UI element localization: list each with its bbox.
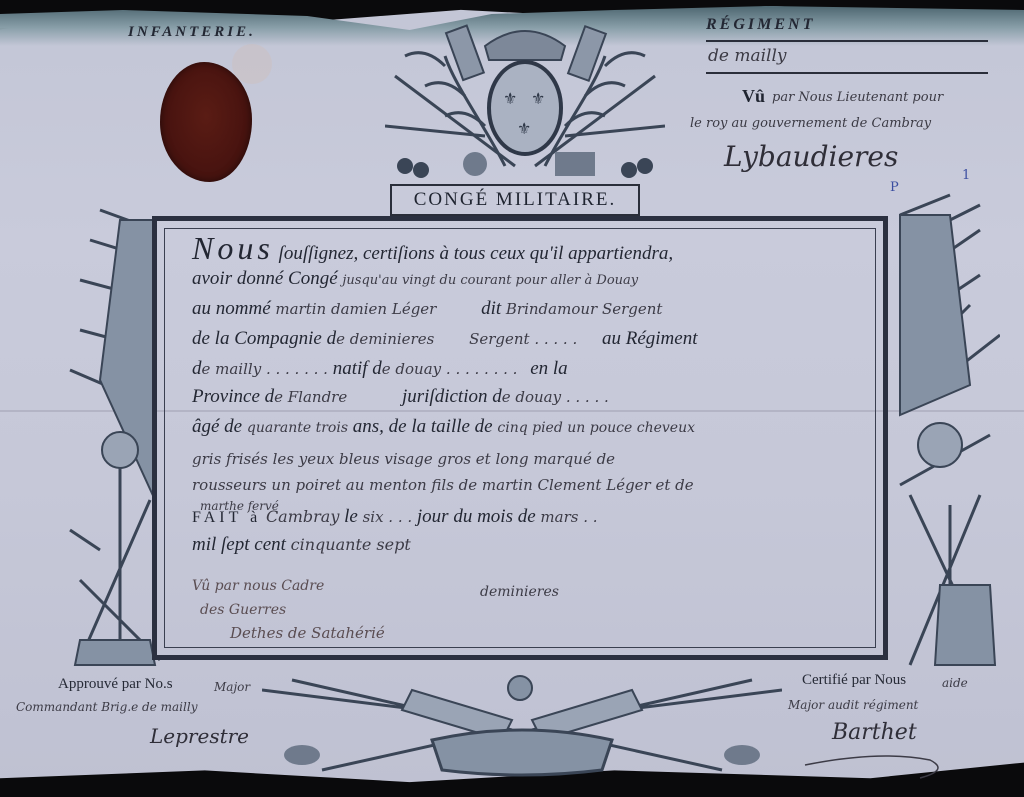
body-line-2: avoir donné Congé jusqu'au vingt du cour…	[192, 268, 638, 290]
certified-handwritten-2: Major audit régiment	[788, 698, 918, 712]
wax-seal-icon	[160, 62, 252, 182]
right-trophy-border-icon	[880, 185, 1000, 670]
printed-text: jour du mois de	[417, 506, 536, 527]
printed-text: en la	[530, 358, 567, 379]
handwritten-description: gris frisés les yeux bleus visage gros e…	[192, 450, 615, 468]
corps-heading: INFANTERIE.	[128, 24, 256, 41]
vu-label: Vû	[742, 86, 765, 107]
handwritten-rank: Sergent . . . . .	[469, 330, 577, 348]
body-line-8: gris frisés les yeux bleus visage gros e…	[192, 448, 615, 470]
body-line-5: de mailly . . . . . . . natif de douay .…	[192, 358, 568, 380]
body-line-6: Province de Flandre juriſdiction de doua…	[192, 386, 609, 408]
printed-text: au nommé	[192, 298, 271, 319]
handwritten-text: jusqu'au vingt du courant pour aller à D…	[342, 273, 638, 288]
body-line-7: âgé de quarante trois ans, de la taille …	[192, 416, 695, 438]
printed-text: âgé de	[192, 416, 242, 437]
body-line-9: rousseurs un poiret au menton fils de ma…	[192, 474, 694, 496]
printed-text: ſouſſignez, certiſions à tous ceux qu'il…	[274, 243, 673, 264]
signature-flourish-icon	[800, 740, 960, 780]
svg-text:⚜: ⚜	[503, 89, 517, 108]
svg-text:⚜: ⚜	[517, 119, 531, 138]
bottom-trophy-cannon-icon	[262, 660, 782, 782]
body-line-11: FAIT à Cambray le six . . . jour du mois…	[192, 506, 598, 528]
printed-text: mil ſept cent	[192, 534, 286, 555]
handwritten-alias: Brindamour Sergent	[506, 300, 663, 318]
endorsement-vu-line2: des Guerres	[200, 602, 286, 618]
body-line-12: mil ſept cent cinquante sept	[192, 534, 411, 556]
handwritten-day: six . . .	[363, 508, 413, 526]
handwritten-place: Cambray	[266, 507, 339, 526]
approved-signature: Leprestre	[150, 724, 249, 748]
endorsement-signature: Dethes de Satahérié	[230, 624, 385, 642]
body-line-4: de la Compagnie de deminieres Sergent . …	[192, 328, 698, 350]
handwritten-regiment: e mailly . . . . . . .	[202, 360, 328, 378]
approved-handwritten-1: Major	[214, 680, 250, 694]
handwritten-name: martin damien Léger	[275, 300, 436, 318]
body-line-1: Nous ſouſſignez, certiſions à tous ceux …	[192, 230, 673, 267]
handwritten-month: mars . .	[540, 508, 597, 526]
handwritten-year: cinquante sept	[291, 535, 411, 554]
left-trophy-border-icon	[60, 200, 164, 670]
captain-signature: deminieres	[480, 584, 559, 600]
printed-text: le	[344, 506, 358, 527]
regiment-rule-bottom	[706, 72, 988, 74]
approved-label: Approuvé par No.s	[58, 676, 173, 693]
vu-handwritten-line2: le roy au gouvernement de Cambray	[690, 116, 931, 131]
printed-text: de la Compagnie d	[192, 328, 336, 349]
svg-text:⚜: ⚜	[531, 89, 545, 108]
handwritten-age: quarante trois	[247, 420, 348, 436]
printed-text: Province d	[192, 386, 274, 407]
vu-signature: Lybaudieres	[724, 140, 898, 173]
printed-text: juriſdiction d	[402, 386, 502, 407]
handwritten-province: e Flandre	[274, 388, 347, 406]
endorsement-vu-line1: Vû par nous Cadre	[192, 578, 324, 594]
printed-text: dit	[481, 298, 501, 319]
printed-text: ans, de la taille de	[353, 416, 493, 437]
regiment-rule-top	[706, 40, 988, 42]
printed-text: avoir donné Congé	[192, 268, 338, 289]
handwritten-height: cinq pied un pouce cheveux	[497, 420, 695, 436]
handwritten-jurisdiction: e douay . . . . .	[502, 388, 609, 406]
certified-label: Certifié par Nous	[802, 672, 906, 689]
regiment-value: de mailly	[708, 46, 787, 66]
handwritten-description: rousseurs un poiret au menton fils de ma…	[192, 476, 694, 494]
printed-text: natif d	[333, 358, 382, 379]
printed-text: d	[192, 358, 202, 379]
body-line-3: au nommé martin damien Léger dit Brindam…	[192, 298, 662, 320]
printed-nous: Nous	[192, 230, 274, 266]
certified-handwritten-1: aide	[942, 676, 968, 690]
handwritten-birthplace: e douay . . . . . . . .	[382, 360, 518, 378]
vu-handwritten-line1: par Nous Lieutenant pour	[772, 90, 943, 105]
printed-text: au Régiment	[602, 328, 698, 349]
approved-handwritten-2: Commandant Brig.e de mailly	[16, 700, 197, 714]
printed-fait: FAIT à	[192, 509, 261, 526]
royal-crest-icon: ⚜ ⚜ ⚜	[385, 16, 665, 186]
blue-mark-1: 1	[962, 168, 970, 183]
regiment-label: RÉGIMENT	[706, 16, 815, 34]
handwritten-company: e deminieres	[336, 330, 434, 348]
document-title: CONGÉ MILITAIRE.	[390, 184, 640, 216]
